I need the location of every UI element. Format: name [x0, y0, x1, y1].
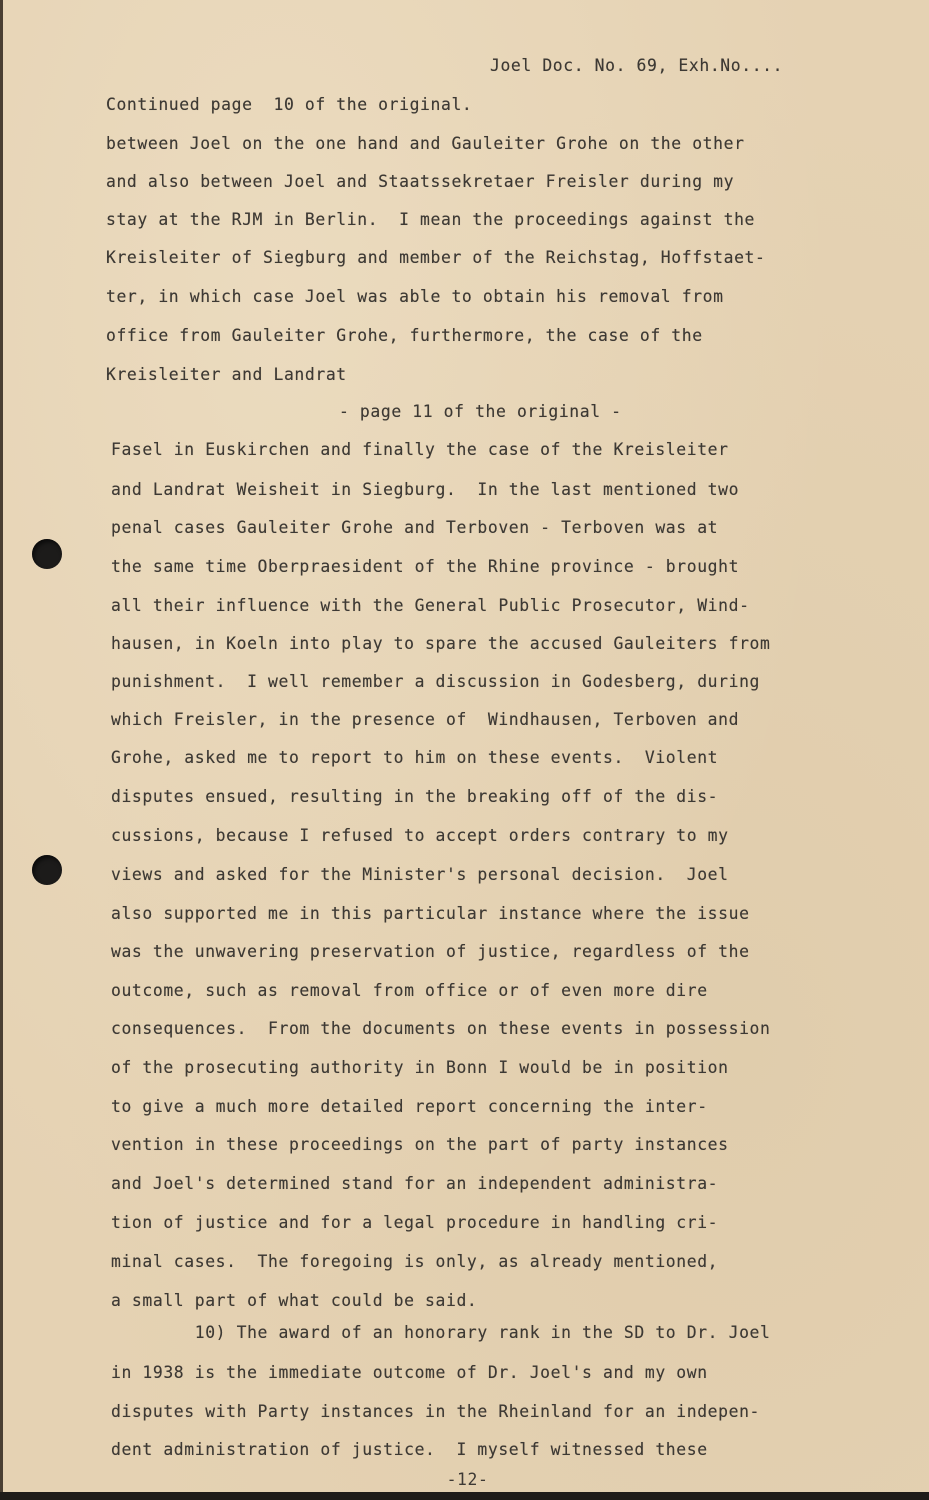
numbered-paragraph-start: 10) The award of an honorary rank in the… — [111, 1323, 770, 1343]
text-line: and also between Joel and Staatssekretae… — [106, 172, 734, 192]
text-line: ter, in which case Joel was able to obta… — [106, 287, 724, 307]
text-line: punishment. I well remember a discussion… — [111, 672, 760, 692]
text-line: Fasel in Euskirchen and finally the case… — [111, 440, 729, 460]
document-page: Joel Doc. No. 69, Exh.No.... Continued p… — [3, 0, 929, 1492]
text-line: dent administration of justice. I myself… — [111, 1440, 708, 1460]
page-break-marker: - page 11 of the original - — [339, 402, 622, 422]
text-line: office from Gauleiter Grohe, furthermore… — [106, 326, 703, 346]
text-line: a small part of what could be said. — [111, 1291, 477, 1311]
text-line: tion of justice and for a legal procedur… — [111, 1213, 718, 1233]
text-line: in 1938 is the immediate outcome of Dr. … — [111, 1363, 708, 1383]
text-line: disputes with Party instances in the Rhe… — [111, 1402, 760, 1422]
text-line: which Freisler, in the presence of Windh… — [111, 710, 739, 730]
scan-bottom-edge — [0, 1492, 929, 1500]
text-line: Kreisleiter of Siegburg and member of th… — [106, 248, 765, 268]
text-line: Grohe, asked me to report to him on thes… — [111, 748, 718, 768]
text-line: cussions, because I refused to accept or… — [111, 826, 729, 846]
document-reference: Joel Doc. No. 69, Exh.No.... — [490, 56, 783, 76]
text-line: outcome, such as removal from office or … — [111, 981, 708, 1001]
text-line: also supported me in this particular ins… — [111, 904, 750, 924]
punch-hole-icon — [32, 855, 62, 885]
text-line: and Landrat Weisheit in Siegburg. In the… — [111, 480, 739, 500]
text-line: disputes ensued, resulting in the breaki… — [111, 787, 718, 807]
text-line: was the unwavering preservation of justi… — [111, 942, 750, 962]
text-line: views and asked for the Minister's perso… — [111, 865, 729, 885]
text-line: penal cases Gauleiter Grohe and Terboven… — [111, 518, 718, 538]
text-line: consequences. From the documents on thes… — [111, 1019, 770, 1039]
text-line: between Joel on the one hand and Gauleit… — [106, 134, 745, 154]
text-line: Kreisleiter and Landrat — [106, 365, 347, 385]
punch-hole-icon — [32, 539, 62, 569]
text-line: minal cases. The foregoing is only, as a… — [111, 1252, 718, 1272]
page-number: -12- — [3, 1470, 929, 1489]
text-line: the same time Oberpraesident of the Rhin… — [111, 557, 739, 577]
continuation-note: Continued page 10 of the original. — [106, 95, 472, 115]
text-line: stay at the RJM in Berlin. I mean the pr… — [106, 210, 755, 230]
text-line: hausen, in Koeln into play to spare the … — [111, 634, 770, 654]
text-line: of the prosecuting authority in Bonn I w… — [111, 1058, 729, 1078]
text-line: all their influence with the General Pub… — [111, 596, 750, 616]
text-line: and Joel's determined stand for an indep… — [111, 1174, 718, 1194]
text-line: to give a much more detailed report conc… — [111, 1097, 708, 1117]
text-line: vention in these proceedings on the part… — [111, 1135, 729, 1155]
